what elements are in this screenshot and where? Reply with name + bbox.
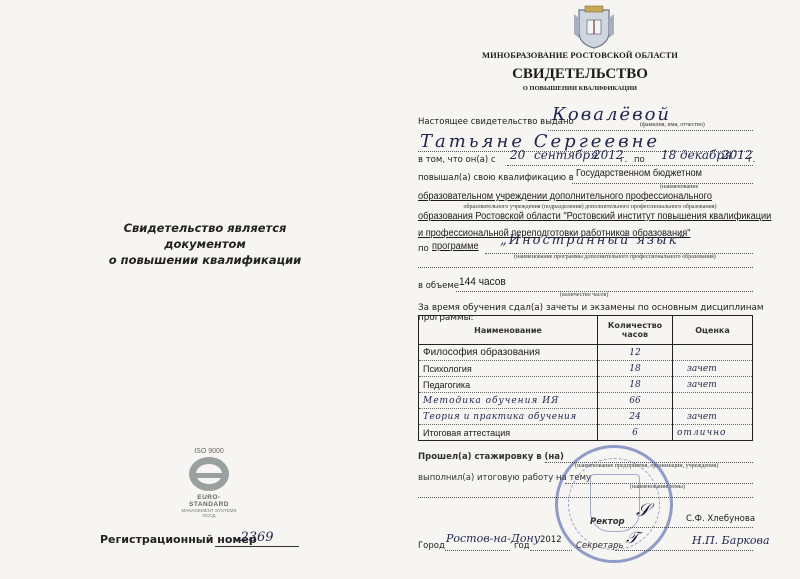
- institution-caption-1: (наименование: [660, 184, 698, 190]
- grade: отлично: [673, 425, 753, 441]
- institution-label: повышал(а) свою квалификацию в: [418, 173, 574, 183]
- hours: 12: [598, 345, 673, 361]
- table-row: Методика обучения ИЯ 66: [419, 393, 753, 409]
- period-end-day: 18: [661, 148, 676, 162]
- institution-line-3: образования Ростовской области "Ростовск…: [418, 211, 771, 222]
- year-label: год: [514, 541, 530, 551]
- hours: 66: [598, 393, 673, 409]
- subject: Психология: [419, 361, 598, 377]
- secretary-signature: 𝒯: [626, 528, 638, 548]
- grade: [673, 393, 753, 409]
- header-grade: Оценка: [673, 316, 753, 345]
- secretary-name: Н.П. Баркова: [692, 534, 770, 547]
- document-title: СВИДЕТЕЛЬСТВО: [480, 66, 680, 83]
- volume-value: 144 часов: [459, 276, 506, 288]
- institution-line-1: Государственном бюджетном: [576, 168, 702, 179]
- grade: зачет: [673, 361, 753, 377]
- period-prefix: в том, что он(а) с: [418, 155, 496, 165]
- hours: 18: [598, 377, 673, 393]
- table-row: Педагогика 18 зачет: [419, 377, 753, 393]
- subject: Педагогика: [419, 377, 598, 393]
- subject: Итоговая аттестация: [419, 425, 598, 441]
- volume-label: в объеме: [418, 281, 459, 291]
- hours: 24: [598, 409, 673, 425]
- grade: зачет: [673, 377, 753, 393]
- recipient-caption: (фамилия, имя, отчество): [640, 122, 705, 128]
- blank-line: [418, 266, 753, 268]
- program-name: „Иностранный язык”: [500, 233, 687, 248]
- document-subtitle: О ПОВЫШЕНИИ КВАЛИФИКАЦИИ: [480, 85, 680, 92]
- city-label: Город: [418, 541, 445, 551]
- subject: Философия образования: [419, 345, 598, 361]
- subject: Методика обучения ИЯ: [419, 393, 598, 409]
- table-row: Философия образования 12: [419, 345, 753, 361]
- rector-name: С.Ф. Хлебунова: [686, 514, 755, 524]
- internship-label: Прошел(а) стажировку в (на): [418, 452, 564, 462]
- volume-caption: (количество часов): [560, 292, 608, 298]
- table-row: Психология 18 зачет: [419, 361, 753, 377]
- grade: [673, 345, 753, 361]
- iso-certification-logo: ISO 9000 EURO-STANDARD MANAGEMENT SYSTEM…: [178, 448, 240, 518]
- period-g1: г.: [620, 155, 627, 165]
- left-page-note: Свидетельство является документом о повы…: [90, 220, 320, 268]
- ministry-name: МИНОБРАЗОВАНИЕ РОСТОВСКОЙ ОБЛАСТИ: [480, 50, 680, 60]
- rector-signature: 𝒮: [636, 500, 650, 521]
- period-start-month: сентября: [534, 148, 598, 162]
- program-label: программе: [432, 241, 479, 252]
- note-line-1: Свидетельство является документом: [90, 220, 320, 252]
- institution-line-2: образовательном учреждении дополнительно…: [418, 191, 712, 202]
- header-hours: Количество часов: [598, 316, 673, 345]
- coat-of-arms-icon: [571, 4, 617, 50]
- hours: 18: [598, 361, 673, 377]
- subject: Теория и практика обучения: [419, 409, 598, 425]
- registration-number: 2369: [215, 530, 299, 547]
- year-value: 2012: [540, 535, 562, 545]
- program-prefix: по: [418, 244, 429, 254]
- iso-label: ISO 9000: [178, 448, 240, 455]
- period-start-day: 20: [510, 148, 525, 162]
- period-start-year: 2012: [593, 148, 624, 162]
- grades-table: Наименование Количество часов Оценка Фил…: [418, 315, 753, 441]
- period-to: по: [634, 155, 645, 165]
- iso-brand: EURO-STANDARD: [178, 494, 240, 508]
- institution-caption-2: образовательного учреждения (подразделен…: [430, 204, 750, 210]
- table-row: Итоговая аттестация 6 отлично: [419, 425, 753, 441]
- header-subject: Наименование: [419, 316, 598, 345]
- note-line-2: о повышении квалификации: [90, 252, 320, 268]
- grade: зачет: [673, 409, 753, 425]
- program-caption: (наименование программы дополнительного …: [470, 254, 760, 260]
- hours: 6: [598, 425, 673, 441]
- iso-sub2: ОССД: [178, 513, 240, 518]
- table-row: Теория и практика обучения 24 зачет: [419, 409, 753, 425]
- period-g2: г.: [748, 155, 755, 165]
- euro-standard-e-icon: [189, 457, 229, 491]
